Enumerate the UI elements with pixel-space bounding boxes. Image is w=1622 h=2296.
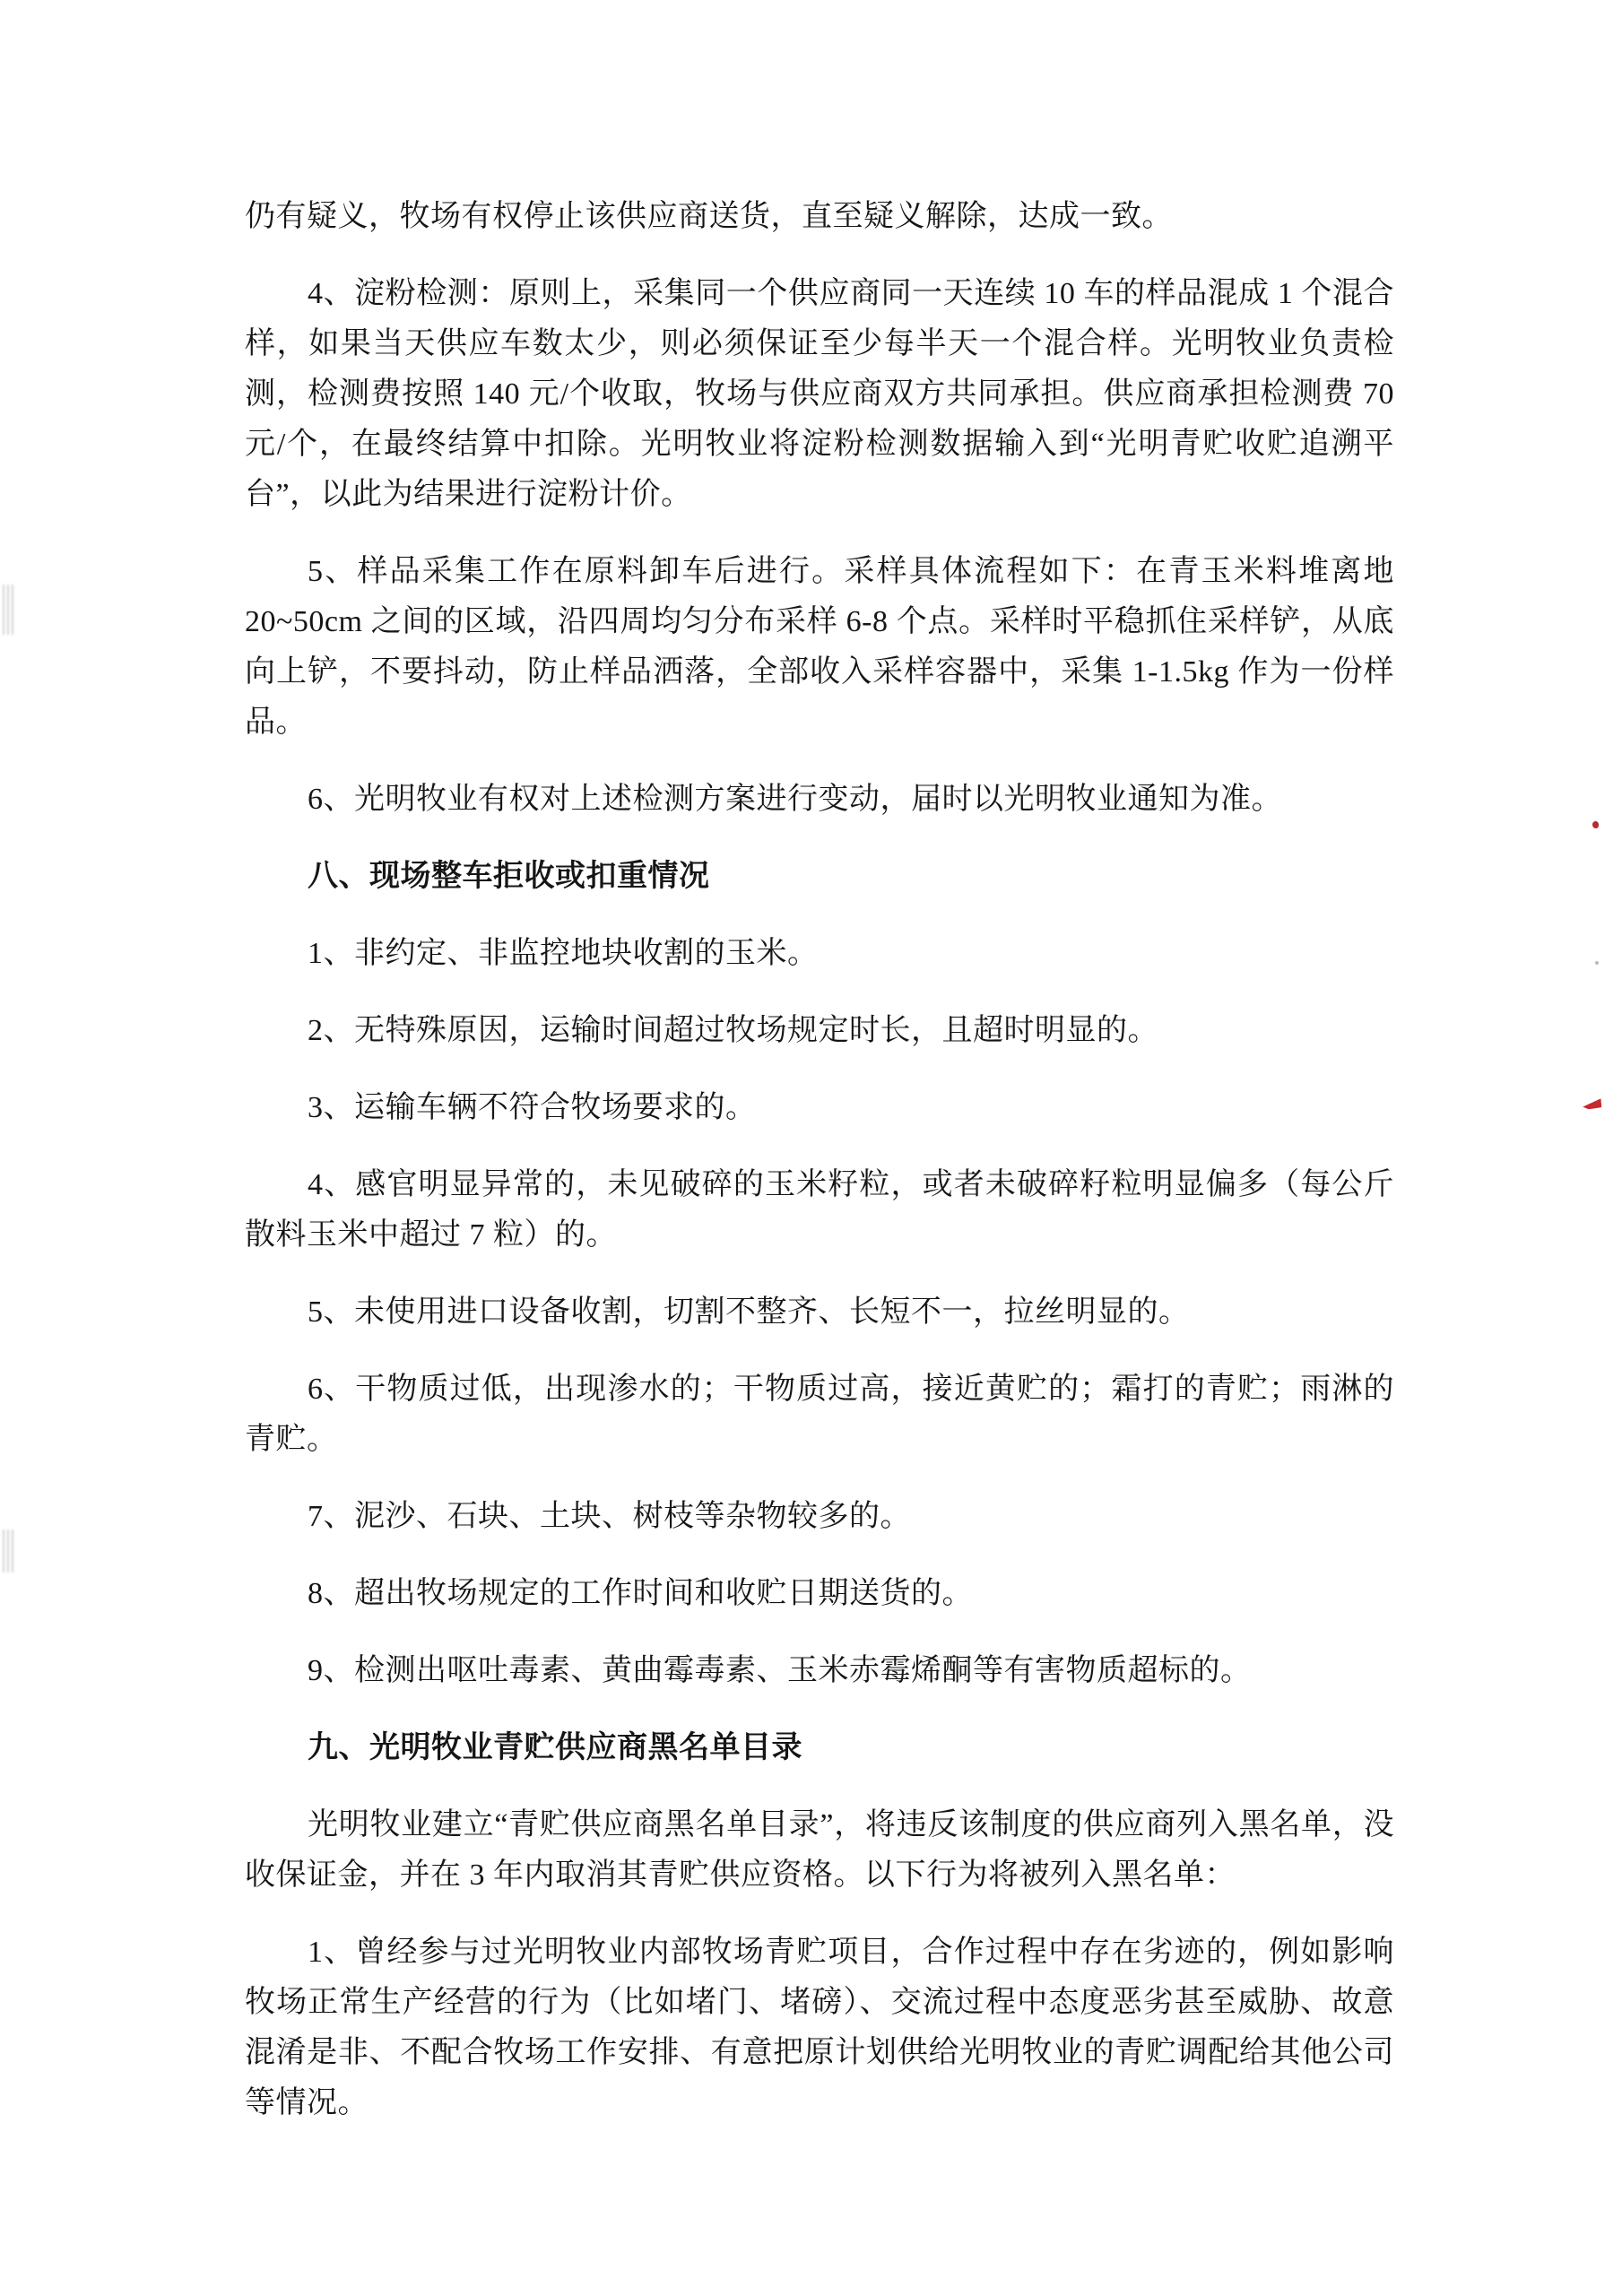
paragraph: 5、未使用进口设备收割，切割不整齐、长短不一，拉丝明显的。 — [245, 1287, 1394, 1338]
paragraph: 4、淀粉检测：原则上，采集同一个供应商同一天连续 10 车的样品混成 1 个混合… — [245, 269, 1394, 520]
scan-artifact-red-wedge — [1583, 1098, 1602, 1109]
paragraph: 8、超出牧场规定的工作时间和收贮日期送货的。 — [245, 1569, 1394, 1619]
paragraph: 八、现场整车拒收或扣重情况 — [245, 852, 1394, 902]
paragraph: 1、非约定、非监控地块收割的玉米。 — [245, 929, 1394, 979]
paragraph: 1、曾经参与过光明牧业内部牧场青贮项目，合作过程中存在劣迹的，例如影响牧场正常生… — [245, 1928, 1394, 2128]
scan-artifact-left-smudge-top — [3, 585, 13, 635]
paragraph: 仍有疑义，牧场有权停止该供应商送货，直至疑义解除，达成一致。 — [245, 192, 1394, 242]
paragraph: 5、样品采集工作在原料卸车后进行。采样具体流程如下：在青玉米料堆离地 20~50… — [245, 547, 1394, 748]
paragraph: 6、光明牧业有权对上述检测方案进行变动，届时以光明牧业通知为准。 — [245, 775, 1394, 825]
paragraph: 9、检测出呕吐毒素、黄曲霉毒素、玉米赤霉烯酮等有害物质超标的。 — [245, 1646, 1394, 1696]
paragraph: 九、光明牧业青贮供应商黑名单目录 — [245, 1723, 1394, 1773]
paragraph: 3、运输车辆不符合牧场要求的。 — [245, 1083, 1394, 1133]
scan-artifact-left-smudge-bottom — [3, 1529, 13, 1573]
paragraph: 2、无特殊原因，运输时间超过牧场规定时长，且超时明显的。 — [245, 1006, 1394, 1056]
scan-artifact-speck — [1595, 961, 1599, 965]
paragraph: 4、感官明显异常的，未见破碎的玉米籽粒，或者未破碎籽粒明显偏多（每公斤散料玉米中… — [245, 1160, 1394, 1261]
paragraph: 7、泥沙、石块、土块、树枝等杂物较多的。 — [245, 1492, 1394, 1542]
scan-artifact-red-dot — [1592, 821, 1599, 828]
paragraph: 6、干物质过低，出现渗水的；干物质过高，接近黄贮的；霜打的青贮；雨淋的青贮。 — [245, 1365, 1394, 1465]
document-page: 仍有疑义，牧场有权停止该供应商送货，直至疑义解除，达成一致。4、淀粉检测：原则上… — [0, 0, 1622, 2296]
document-content: 仍有疑义，牧场有权停止该供应商送货，直至疑义解除，达成一致。4、淀粉检测：原则上… — [245, 192, 1394, 2155]
paragraph: 光明牧业建立“青贮供应商黑名单目录”，将违反该制度的供应商列入黑名单，没收保证金… — [245, 1800, 1394, 1901]
